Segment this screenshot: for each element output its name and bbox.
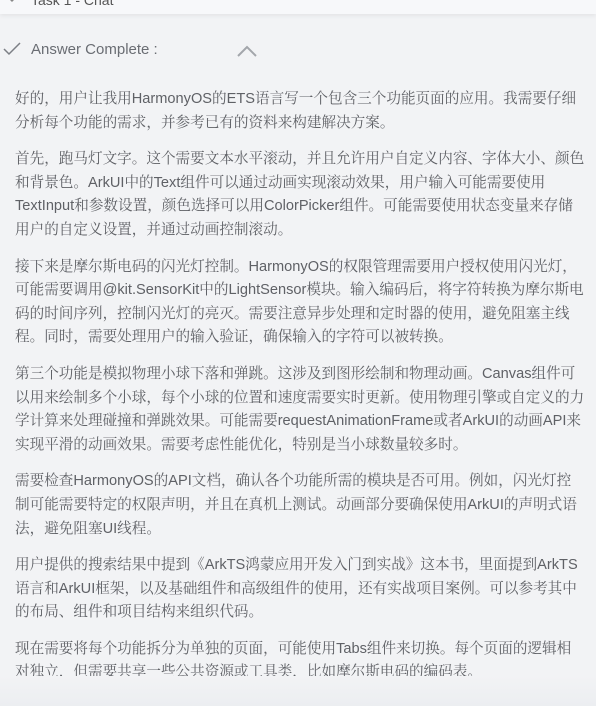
answer-content: 好的，用户让我用HarmonyOS的ETS语言写一个包含三个功能页面的应用。我需… [15,88,585,698]
answer-paragraph: 第三个功能是模拟物理小球下落和弹跳。这涉及到图形绘制和物理动画。Canvas组件… [15,363,585,457]
chat-title: Task 1 - Chat [31,0,113,8]
answer-paragraph: 需要检查HarmonyOS的API文档，确认各个功能所需的模块是否可用。例如，闪… [15,470,585,541]
answer-paragraph: 首先，跑马灯文字。这个需要文本水平滚动，并且允许用户自定义内容、字体大小、颜色和… [15,148,585,242]
answer-paragraph: 用户提供的搜索结果中提到《ArkTS鸿蒙应用开发入门到实战》这本书，里面提到Ar… [15,554,585,625]
answer-status-row: Answer Complete : [0,36,596,64]
check-icon [3,41,21,57]
answer-paragraph: 好的，用户让我用HarmonyOS的ETS语言写一个包含三个功能页面的应用。我需… [15,88,585,135]
bottom-fade [0,676,596,706]
chevron-down-icon[interactable] [6,0,18,4]
chat-header[interactable]: Task 1 - Chat [0,0,596,14]
chevron-up-icon[interactable] [236,44,258,58]
answer-paragraph: 接下来是摩尔斯电码的闪光灯控制。HarmonyOS的权限管理需要用户授权使用闪光… [15,256,585,350]
answer-status-label: Answer Complete : [31,41,158,58]
